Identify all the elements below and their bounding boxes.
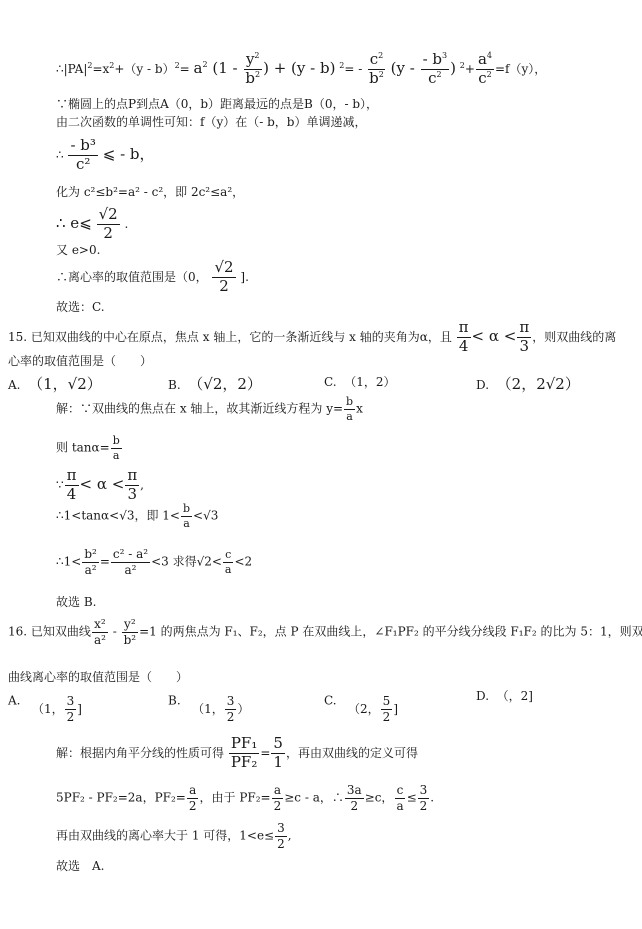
q16-stem-line-1: 16. 已知双曲线x²a² - y²b²=1 的两焦点为 F₁、F₂，点 P 在…: [8, 618, 642, 646]
q15-solution-line-1: 解：∵双曲线的焦点在 x 轴上，故其渐近线方程为 y=bax: [56, 396, 363, 422]
q15-solution-line-5: ∴1<b²a²=c² - a²a²<3 求得√2<ca<2: [56, 548, 252, 576]
q16-solution-line-3: 再由双曲线的离心率大于 1 可得，1<e≤32,: [56, 822, 292, 850]
q15-answer: 故选 B.: [56, 596, 96, 608]
q15-solution-line-4: ∴1<tanα<√3，即 1<ba<√3: [56, 503, 218, 529]
prev-solution-line-1: ∴|PA|2=x2+（y - b）2= a2 (1 - y2b2) + (y -…: [56, 52, 546, 87]
q16-stem-line-2: 曲线离心率的取值范围是（ ）: [8, 671, 188, 683]
q16-option-b: B. （1，32）: [168, 687, 249, 715]
prev-solution-line-7: 又 e>0.: [56, 244, 100, 256]
q15-solution-line-2: 则 tanα=ba: [56, 435, 123, 461]
q15-number: 15.: [8, 330, 27, 344]
q15-stem-line-2: 心率的取值范围是（ ）: [8, 355, 152, 367]
prev-solution-line-6: ∴ e⩽ √22 .: [56, 207, 128, 242]
q15-option-d: D. （2，2√2）: [476, 373, 580, 394]
q15-option-b: B. （√2，2）: [168, 373, 262, 394]
q16-solution-line-2: 5PF₂ - PF₂=2a，PF₂=a2，由于 PF₂=a2≥c - a，∴3a…: [56, 784, 434, 812]
q15-solution-line-3: ∵π4< α <π3,: [56, 468, 144, 503]
prev-solution-line-8: ∴离心率的取值范围是（0， √22 ].: [56, 260, 249, 295]
prev-solution-line-2: ∵椭圆上的点P到点A（0，b）距离最远的点是B（0，- b），: [56, 98, 378, 110]
q16-option-a: A. （1，32]: [8, 687, 82, 715]
prev-solution-line-4: ∴ - b³c² ⩽ - b，: [56, 138, 155, 173]
q16-answer: 故选 A.: [56, 860, 104, 872]
prev-solution-answer: 故选：C.: [56, 301, 105, 313]
prev-solution-line-5: 化为 c²≤b²=a² - c²，即 2c²≤a²，: [56, 186, 244, 198]
q15-stem-line-1: 15. 已知双曲线的中心在原点，焦点 x 轴上，它的一条渐近线与 x 轴的夹角为…: [8, 320, 616, 355]
q16-option-d: D. （，2]: [476, 687, 533, 704]
q15-option-c: C. （1，2）: [324, 373, 396, 390]
prev-solution-line-3: 由二次函数的单调性可知：f（y）在（- b，b）单调递减，: [56, 116, 366, 128]
q16-number: 16.: [8, 625, 27, 639]
q16-solution-line-1: 解：根据内角平分线的性质可得 PF₁PF₂=51，再由双曲线的定义可得: [56, 736, 418, 771]
q15-option-a: A. （1，√2）: [8, 373, 102, 394]
q16-option-c: C. （2，52]: [324, 687, 398, 715]
